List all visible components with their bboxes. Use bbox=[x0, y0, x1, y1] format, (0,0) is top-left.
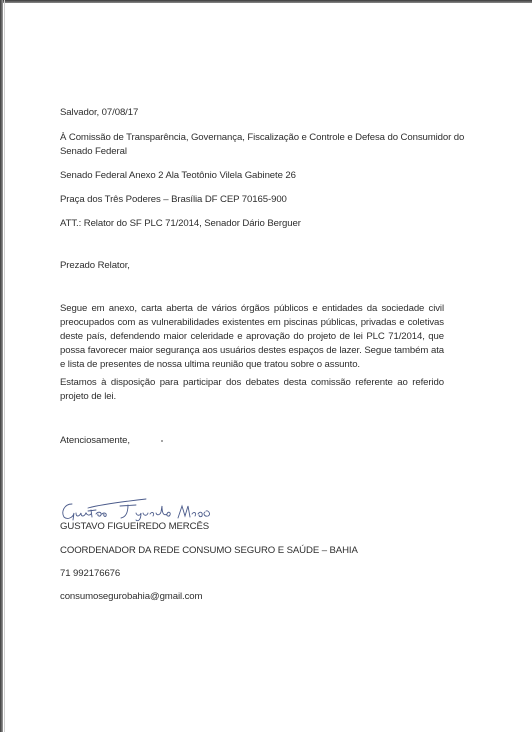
handwritten-signature bbox=[58, 496, 218, 522]
recipient-line-1: À Comissão de Transparência, Governança,… bbox=[60, 131, 464, 144]
scan-border-left-shadow bbox=[4, 0, 5, 732]
scan-speck bbox=[161, 440, 163, 442]
email-address: consumosegurobahia@gmail.com bbox=[60, 590, 202, 603]
scan-border-top bbox=[0, 0, 532, 3]
signer-name: GUSTAVO FIGUEIREDO MERCÊS bbox=[60, 520, 209, 533]
address-line-2: Praça dos Três Poderes – Brasília DF CEP… bbox=[60, 193, 287, 206]
body-paragraph-1: Segue em anexo, carta aberta de vários ó… bbox=[60, 302, 444, 372]
address-line-1: Senado Federal Anexo 2 Ala Teotônio Vile… bbox=[60, 169, 296, 182]
salutation: Prezado Relator, bbox=[60, 259, 130, 272]
signer-title: COORDENADOR DA REDE CONSUMO SEGURO E SAÚ… bbox=[60, 544, 358, 557]
closing: Atenciosamente, bbox=[60, 434, 130, 447]
recipient-line-2: Senado Federal bbox=[60, 145, 127, 158]
body-paragraph-2: Estamos à disposição para participar dos… bbox=[60, 376, 444, 404]
place-date: Salvador, 07/08/17 bbox=[60, 106, 138, 119]
scan-border-left bbox=[0, 0, 3, 732]
attention-line: ATT.: Relator do SF PLC 71/2014, Senador… bbox=[60, 217, 301, 230]
phone-number: 71 992176676 bbox=[60, 567, 120, 580]
